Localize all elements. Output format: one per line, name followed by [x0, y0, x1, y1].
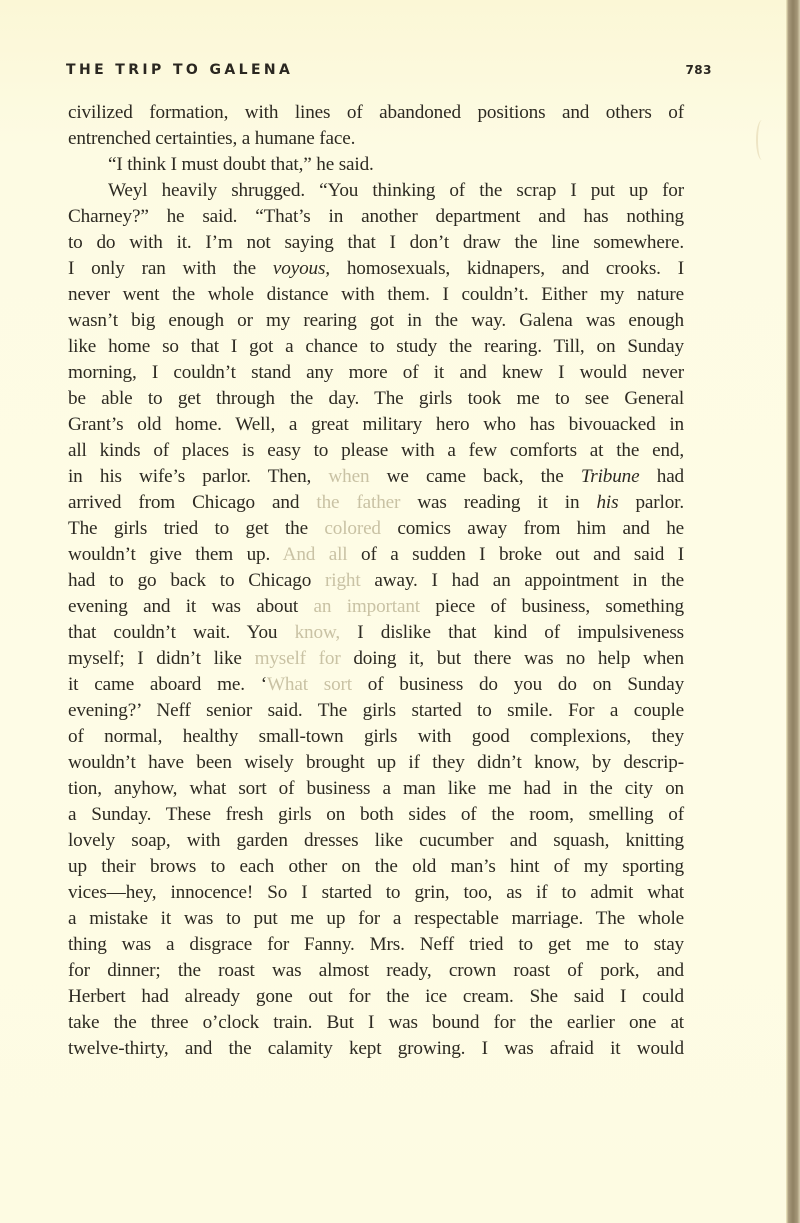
- page-edge-binding: [786, 0, 800, 1223]
- text-line: wouldn’t have been wisely brought up if …: [68, 750, 684, 776]
- text-line: all kinds of places is easy to please wi…: [68, 438, 684, 464]
- faded-text: when: [328, 466, 369, 487]
- text-line: I only ran with the voyous, homosexuals,…: [68, 256, 684, 282]
- page-smudge: [756, 120, 768, 160]
- text-line: arrived from Chicago and the father was …: [68, 490, 684, 516]
- faded-text: What sort: [267, 674, 352, 695]
- text-line: up their brows to each other on the old …: [68, 854, 684, 880]
- text-line: “I think I must doubt that,” he said.: [68, 152, 684, 178]
- text-line: be able to get through the day. The girl…: [68, 386, 684, 412]
- text-line: entrenched certainties, a humane face.: [68, 126, 684, 152]
- running-title: THE TRIP TO GALENA: [66, 62, 293, 78]
- faded-text: And all: [283, 544, 348, 565]
- text-line: civilized formation, with lines of aband…: [68, 100, 684, 126]
- faded-text: the father: [316, 492, 400, 513]
- text-line: to do with it. I’m not saying that I don…: [68, 230, 684, 256]
- text-line: twelve-thirty, and the calamity kept gro…: [68, 1036, 684, 1062]
- text-line: Weyl heavily shrugged. “You thinking of …: [68, 178, 684, 204]
- faded-text: myself for: [255, 648, 341, 669]
- italic-word: Tribune: [581, 466, 640, 487]
- text-line: a mistake it was to put me up for a resp…: [68, 906, 684, 932]
- text-line: evening?’ Neff senior said. The girls st…: [68, 698, 684, 724]
- text-line: The girls tried to get the colored comic…: [68, 516, 684, 542]
- text-line: wasn’t big enough or my rearing got in t…: [68, 308, 684, 334]
- text-line: like home so that I got a chance to stud…: [68, 334, 684, 360]
- text-line: wouldn’t give them up. And all of a sudd…: [68, 542, 684, 568]
- text-line: myself; I didn’t like myself for doing i…: [68, 646, 684, 672]
- text-line: had to go back to Chicago right away. I …: [68, 568, 684, 594]
- text-line: thing was a disgrace for Fanny. Mrs. Nef…: [68, 932, 684, 958]
- text-line: Herbert had already gone out for the ice…: [68, 984, 684, 1010]
- text-line: never went the whole distance with them.…: [68, 282, 684, 308]
- text-line: lovely soap, with garden dresses like cu…: [68, 828, 684, 854]
- page-number: 783: [685, 63, 712, 77]
- text-line: tion, anyhow, what sort of business a ma…: [68, 776, 684, 802]
- text-line: for dinner; the roast was almost ready, …: [68, 958, 684, 984]
- text-line: a Sunday. These fresh girls on both side…: [68, 802, 684, 828]
- running-head: THE TRIP TO GALENA 783: [66, 62, 714, 82]
- faded-text: right: [325, 570, 361, 591]
- text-line: it came aboard me. ‘What sort of busines…: [68, 672, 684, 698]
- faded-text: know,: [295, 622, 340, 643]
- book-page: THE TRIP TO GALENA 783 civilized formati…: [0, 0, 786, 1223]
- text-line: morning, I couldn’t stand any more of it…: [68, 360, 684, 386]
- text-line: vices—hey, innocence! So I started to gr…: [68, 880, 684, 906]
- text-line: in his wife’s parlor. Then, when we came…: [68, 464, 684, 490]
- italic-word: voyous,: [273, 258, 330, 279]
- body-text: civilized formation, with lines of aband…: [68, 100, 684, 1062]
- italic-word: his: [596, 492, 618, 513]
- text-line: take the three o’clock train. But I was …: [68, 1010, 684, 1036]
- text-line: of normal, healthy small-town girls with…: [68, 724, 684, 750]
- faded-text: an important: [314, 596, 420, 617]
- text-line: that couldn’t wait. You know, I dislike …: [68, 620, 684, 646]
- faded-text: colored: [324, 518, 381, 539]
- text-line: Charney?” he said. “That’s in another de…: [68, 204, 684, 230]
- text-line: Grant’s old home. Well, a great military…: [68, 412, 684, 438]
- text-line: evening and it was about an important pi…: [68, 594, 684, 620]
